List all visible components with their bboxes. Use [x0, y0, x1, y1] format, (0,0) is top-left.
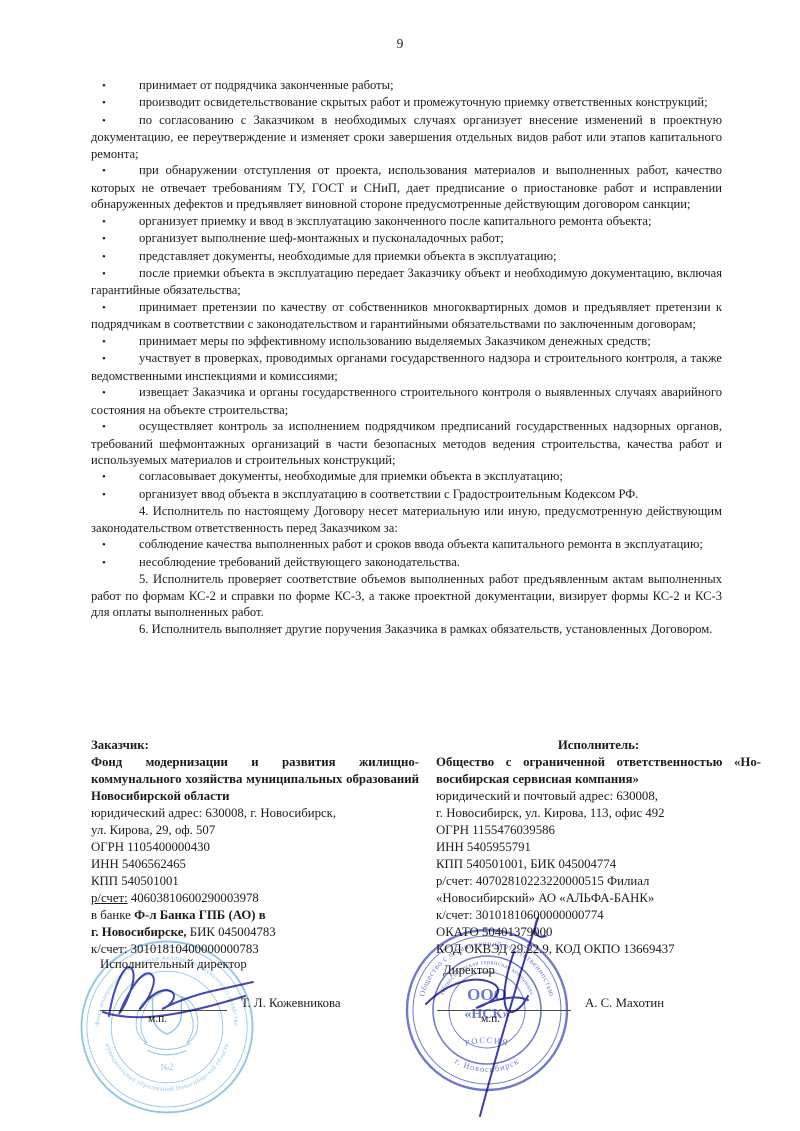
- party-detail-line: Фонд модернизации и развития жилищно-ком…: [91, 754, 419, 805]
- bullet-icon: •: [91, 78, 139, 94]
- bullet-item: •организует выполнение шеф-монтажных и п…: [91, 230, 722, 247]
- bullet-icon: •: [91, 419, 139, 435]
- bullet-icon: •: [91, 214, 139, 230]
- bullet-icon: •: [91, 537, 139, 553]
- customer-signature-ink: [95, 952, 270, 1032]
- bullet-item: •по согласованию с Заказчиком в необходи…: [91, 112, 722, 162]
- bullet-icon: •: [91, 231, 139, 247]
- executor-signature-ink: [418, 912, 588, 1127]
- bullet-item: •принимает от подрядчика законченные раб…: [91, 77, 722, 94]
- bullet-icon: •: [91, 351, 139, 367]
- bullet-item: •участвует в проверках, проводимых орган…: [91, 350, 722, 384]
- bullet-item: •принимает претензии по качеству от собс…: [91, 299, 722, 333]
- bullet-item: •согласовывает документы, необходимые дл…: [91, 468, 722, 485]
- party-detail-line: КПП 540501001, БИК 045004774: [436, 856, 761, 873]
- svg-text:№2: №2: [160, 1062, 173, 1072]
- numbered-paragraph: 6. Исполнитель выполняет другие поручени…: [91, 621, 722, 637]
- bullet-icon: •: [91, 249, 139, 265]
- bullet-icon: •: [91, 487, 139, 503]
- contract-body-text: •принимает от подрядчика законченные раб…: [91, 77, 722, 637]
- bullet-icon: •: [91, 113, 139, 129]
- customer-heading: Заказчик:: [91, 737, 419, 754]
- customer-details: Фонд модернизации и развития жилищно-ком…: [91, 754, 419, 958]
- numbered-paragraph: 4. Исполнитель по настоящему Договору не…: [91, 503, 722, 536]
- party-detail-line: КПП 540501001: [91, 873, 419, 890]
- bullet-item: •несоблюдение требований действующего за…: [91, 554, 722, 571]
- party-detail-line: Общество с ограниченной ответственностью…: [436, 754, 761, 788]
- bullet-item: •организует ввод объекта в эксплуатацию …: [91, 486, 722, 503]
- bullet-item: •осуществляет контроль за исполнением по…: [91, 418, 722, 468]
- document-page: 9 •принимает от подрядчика законченные р…: [0, 0, 800, 1131]
- party-detail-line: г. Новосибирск, ул. Кирова, 113, офис 49…: [436, 805, 761, 822]
- bullet-item: •представляет документы, необходимые для…: [91, 248, 722, 265]
- bullet-item: •соблюдение качества выполненных работ и…: [91, 536, 722, 553]
- bullet-icon: •: [91, 163, 139, 179]
- party-detail-line: юридический адрес: 630008, г. Новосибирс…: [91, 805, 419, 822]
- page-number: 9: [0, 36, 800, 52]
- party-detail-line: ОГРН 1105400000430: [91, 839, 419, 856]
- party-detail-line: р/счет: 40603810600290003978: [91, 890, 419, 907]
- executor-signatory-name: А. С. Махотин: [585, 996, 664, 1011]
- party-detail-line: юридический и почтовый адрес: 630008,: [436, 788, 761, 805]
- bullet-item: •при обнаружении отступления от проекта,…: [91, 162, 722, 212]
- bullet-item: •после приемки объекта в эксплуатацию пе…: [91, 265, 722, 299]
- bullet-icon: •: [91, 555, 139, 571]
- bullet-icon: •: [91, 469, 139, 485]
- bullet-icon: •: [91, 385, 139, 401]
- numbered-paragraph: 5. Исполнитель проверяет соответствие об…: [91, 571, 722, 620]
- party-detail-line: ул. Кирова, 29, оф. 507: [91, 822, 419, 839]
- bullet-item: •извещает Заказчика и органы государстве…: [91, 384, 722, 418]
- executor-heading: Исполнитель:: [436, 737, 761, 754]
- party-detail-line: ИНН 5406562465: [91, 856, 419, 873]
- bullet-icon: •: [91, 266, 139, 282]
- party-detail-line: «Новосибирский» АО «АЛЬФА-БАНК»: [436, 890, 761, 907]
- bullet-icon: •: [91, 95, 139, 111]
- party-detail-line: ИНН 5405955791: [436, 839, 761, 856]
- customer-column: Заказчик: Фонд модернизации и развития ж…: [91, 737, 419, 958]
- bullet-icon: •: [91, 334, 139, 350]
- party-detail-line: р/счет: 40702810223220000515 Филиал: [436, 873, 761, 890]
- bullet-item: •производит освидетельствование скрытых …: [91, 94, 722, 111]
- bullet-item: •организует приемку и ввод в эксплуатаци…: [91, 213, 722, 230]
- bullet-icon: •: [91, 300, 139, 316]
- party-detail-line: ОГРН 1155476039586: [436, 822, 761, 839]
- bullet-item: •принимает меры по эффективному использо…: [91, 333, 722, 350]
- party-detail-line: в банке Ф-л Банка ГПБ (АО) в: [91, 907, 419, 924]
